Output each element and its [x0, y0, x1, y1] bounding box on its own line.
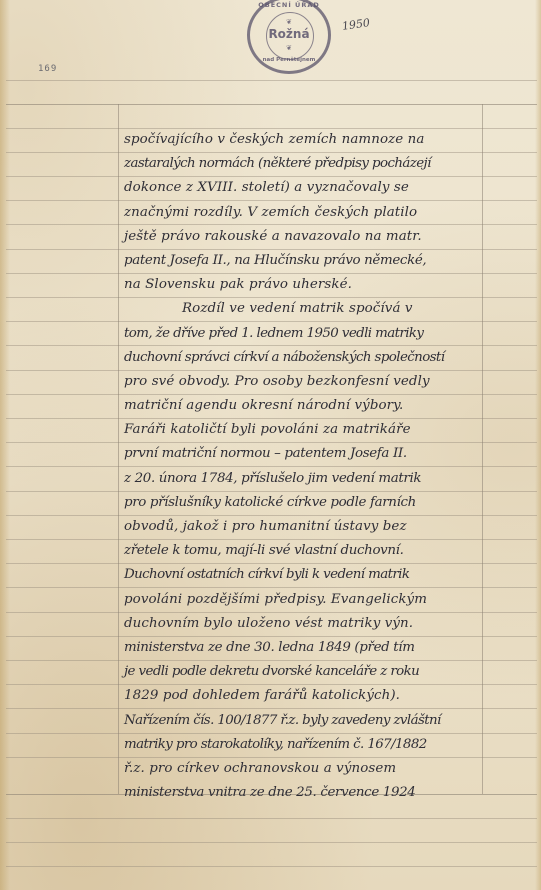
text-line: duchovním bylo uloženo vést matriky výn.: [124, 612, 480, 636]
text-line: Duchovní ostatních církví byli k vedení …: [124, 563, 480, 587]
text-line: tom, že dříve před 1. lednem 1950 vedli …: [124, 322, 480, 346]
text-line: první matriční normou – patentem Josefa …: [124, 442, 480, 466]
stamp-top-text: OBECNÍ ÚŘAD: [250, 1, 328, 9]
text-line: matriky pro starokatolíky, nařízením č. …: [124, 733, 480, 757]
text-line: 1829 pod dohledem farářů katolických).: [124, 684, 480, 708]
text-line: patent Josefa II., na Hlučínsku právo ně…: [124, 249, 480, 273]
text-line: pro příslušníky katolické církve podle f…: [124, 491, 480, 515]
official-stamp: OBECNÍ ÚŘAD ❦ Rožná ❦ nad Pernštejnem: [247, 0, 331, 74]
text-line: spočívajícího v českých zemích namnoze n…: [124, 128, 480, 152]
text-line: z 20. února 1784, příslušelo jim vedení …: [124, 467, 480, 491]
left-margin-line: [118, 104, 119, 794]
ruled-line: [6, 104, 537, 105]
stamp-center-text: Rožná: [250, 27, 328, 41]
text-line: dokonce z XVIII. století) a vyznačovaly …: [124, 176, 480, 200]
text-line: duchovní správci církví a náboženských s…: [124, 346, 480, 370]
text-line: zastaralých normách (některé předpisy po…: [124, 152, 480, 176]
text-line: ještě právo rakouské a navazovalo na mat…: [124, 225, 480, 249]
right-margin-line: [482, 104, 483, 794]
text-line: ministerstva vnitra ze dne 25. července …: [124, 781, 480, 805]
document-page: 169 OBECNÍ ÚŘAD ❦ Rožná ❦ nad Pernštejne…: [0, 0, 541, 890]
text-line: zřetele k tomu, mají-li své vlastní duch…: [124, 539, 480, 563]
stamp-ornament-icon: ❦: [250, 18, 328, 26]
text-line-paragraph-start: Rozdíl ve vedení matrik spočívá v: [124, 297, 480, 321]
text-line: ř.z. pro církev ochranovskou a výnosem: [124, 757, 480, 781]
ruled-line: [6, 866, 537, 867]
ruled-line: [6, 818, 537, 819]
text-line: Nařízením čís. 100/1877 ř.z. byly zavede…: [124, 709, 480, 733]
text-line: na Slovensku pak právo uherské.: [124, 273, 480, 297]
text-line: Faráři katoličtí byli povoláni za matrik…: [124, 418, 480, 442]
year-note: 1950: [341, 16, 371, 33]
text-line: obvodů, jakož i pro humanitní ústavy bez: [124, 515, 480, 539]
text-line: pro své obvody. Pro osoby bezkonfesní ve…: [124, 370, 480, 394]
text-line: povoláni pozdějšími předpisy. Evangelick…: [124, 588, 480, 612]
text-line: matriční agendu okresní národní výbory.: [124, 394, 480, 418]
ruled-line: [6, 842, 537, 843]
stamp-ornament-icon: ❦: [250, 44, 328, 52]
handwritten-text-block: spočívajícího v českých zemích namnoze n…: [124, 128, 480, 805]
text-line: je vedli podle dekretu dvorské kanceláře…: [124, 660, 480, 684]
ruled-line: [6, 80, 537, 81]
page-number: 169: [38, 64, 57, 74]
text-line: ministerstva ze dne 30. ledna 1849 (před…: [124, 636, 480, 660]
stamp-bottom-text: nad Pernštejnem: [250, 57, 328, 63]
text-line: značnými rozdíly. V zemích českých plati…: [124, 201, 480, 225]
